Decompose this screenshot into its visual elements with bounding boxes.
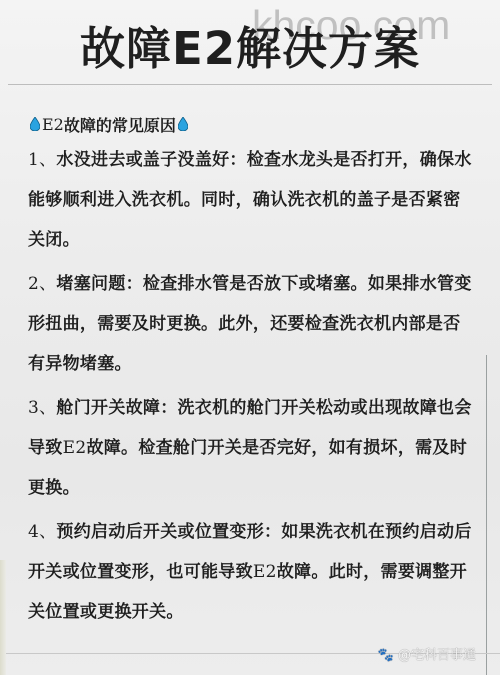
cause-item-2: 2、堵塞问题：检查排水管是否放下或堵塞。如果排水管变形扭曲，需要及时更换。此外，… xyxy=(28,264,473,384)
page-title: 故障E2解决方案 xyxy=(0,12,500,77)
section-title: 故障的常见原因 xyxy=(64,113,176,136)
section-heading: E2 故障的常见原因 xyxy=(28,112,473,136)
edge-line-vertical xyxy=(486,355,487,675)
water-drop-icon xyxy=(178,117,188,131)
cause-item-3: 3、舱门开关故障：洗衣机的舱门开关松动或出现故障也会导致E2故障。检查舱门开关是… xyxy=(28,388,473,508)
water-drop-icon xyxy=(30,117,40,131)
title-divider xyxy=(8,84,492,85)
section-code: E2 xyxy=(42,115,64,134)
cause-item-1: 1、水没进去或盖子没盖好：检查水龙头是否打开，确保水能够顺利进入洗衣机。同时，确… xyxy=(28,140,473,260)
article-body: E2 故障的常见原因 1、水没进去或盖子没盖好：检查水龙头是否打开，确保水能够顺… xyxy=(28,112,473,632)
cause-item-4: 4、预约启动后开关或位置变形：如果洗衣机在预约启动后开关或位置变形，也可能导致E… xyxy=(28,512,473,632)
author-credit: 🐾 @宅科百事通 xyxy=(378,644,476,663)
left-edge-shadow xyxy=(0,560,6,675)
